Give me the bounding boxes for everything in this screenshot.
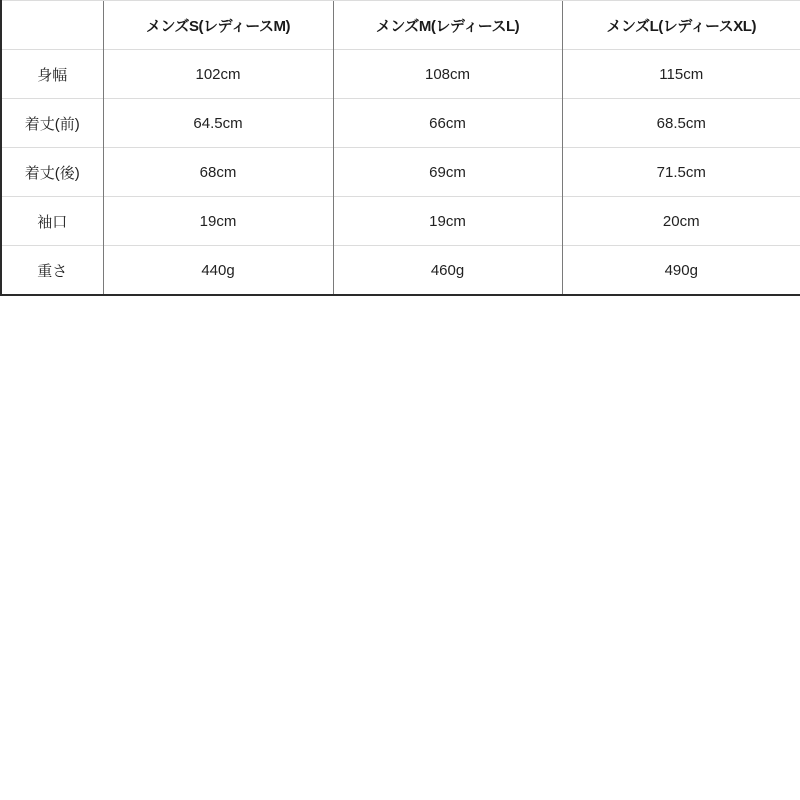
table-cell: 66cm [333, 99, 562, 148]
table-cell: 460g [333, 246, 562, 296]
table-cell: 440g [103, 246, 333, 296]
size-chart-table: メンズS(レディースM) メンズM(レディースL) メンズL(レディースXL) … [0, 0, 800, 296]
row-label-chest-width: 身幅 [1, 50, 103, 99]
table-cell: 68cm [103, 148, 333, 197]
table-cell: 102cm [103, 50, 333, 99]
table-cell: 108cm [333, 50, 562, 99]
column-header-mens-m: メンズM(レディースL) [333, 1, 562, 50]
table-row: 着丈(後) 68cm 69cm 71.5cm [1, 148, 800, 197]
table-row: 重さ 440g 460g 490g [1, 246, 800, 296]
table-cell: 71.5cm [562, 148, 800, 197]
table-cell: 64.5cm [103, 99, 333, 148]
table-row: 着丈(前) 64.5cm 66cm 68.5cm [1, 99, 800, 148]
table-cell: 68.5cm [562, 99, 800, 148]
table-cell: 115cm [562, 50, 800, 99]
table-cell: 19cm [103, 197, 333, 246]
table-row: 袖口 19cm 19cm 20cm [1, 197, 800, 246]
table-row: 身幅 102cm 108cm 115cm [1, 50, 800, 99]
column-header-mens-l: メンズL(レディースXL) [562, 1, 800, 50]
row-label-cuff: 袖口 [1, 197, 103, 246]
corner-cell [1, 1, 103, 50]
table-cell: 20cm [562, 197, 800, 246]
row-label-back-length: 着丈(後) [1, 148, 103, 197]
column-header-mens-s: メンズS(レディースM) [103, 1, 333, 50]
row-label-weight: 重さ [1, 246, 103, 296]
row-label-front-length: 着丈(前) [1, 99, 103, 148]
table-cell: 69cm [333, 148, 562, 197]
header-row: メンズS(レディースM) メンズM(レディースL) メンズL(レディースXL) [1, 1, 800, 50]
table-cell: 490g [562, 246, 800, 296]
table-cell: 19cm [333, 197, 562, 246]
